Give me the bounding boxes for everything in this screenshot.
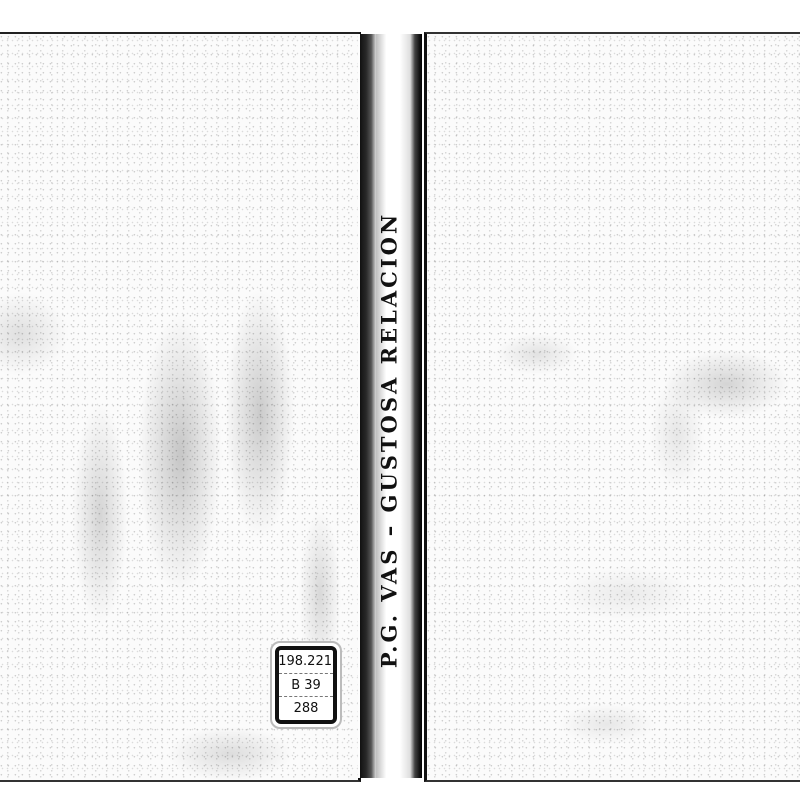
scanned-book-binding: P.G. VAS – GUSTOSA RELACION 198.221 B 39… <box>0 0 800 800</box>
spine-right-hinge <box>410 34 422 778</box>
spine-title: P.G. VAS – GUSTOSA RELACION <box>377 212 402 668</box>
front-cover-grain <box>427 34 800 780</box>
front-cover <box>424 32 800 782</box>
call-number-class: 198.221 <box>279 650 333 674</box>
call-number-item: 288 <box>279 697 333 720</box>
call-number-frame: 198.221 B 39 288 <box>275 646 337 724</box>
spine-left-hinge <box>360 34 376 778</box>
call-number-cutter: B 39 <box>279 674 333 698</box>
call-number-label: 198.221 B 39 288 <box>270 641 342 729</box>
